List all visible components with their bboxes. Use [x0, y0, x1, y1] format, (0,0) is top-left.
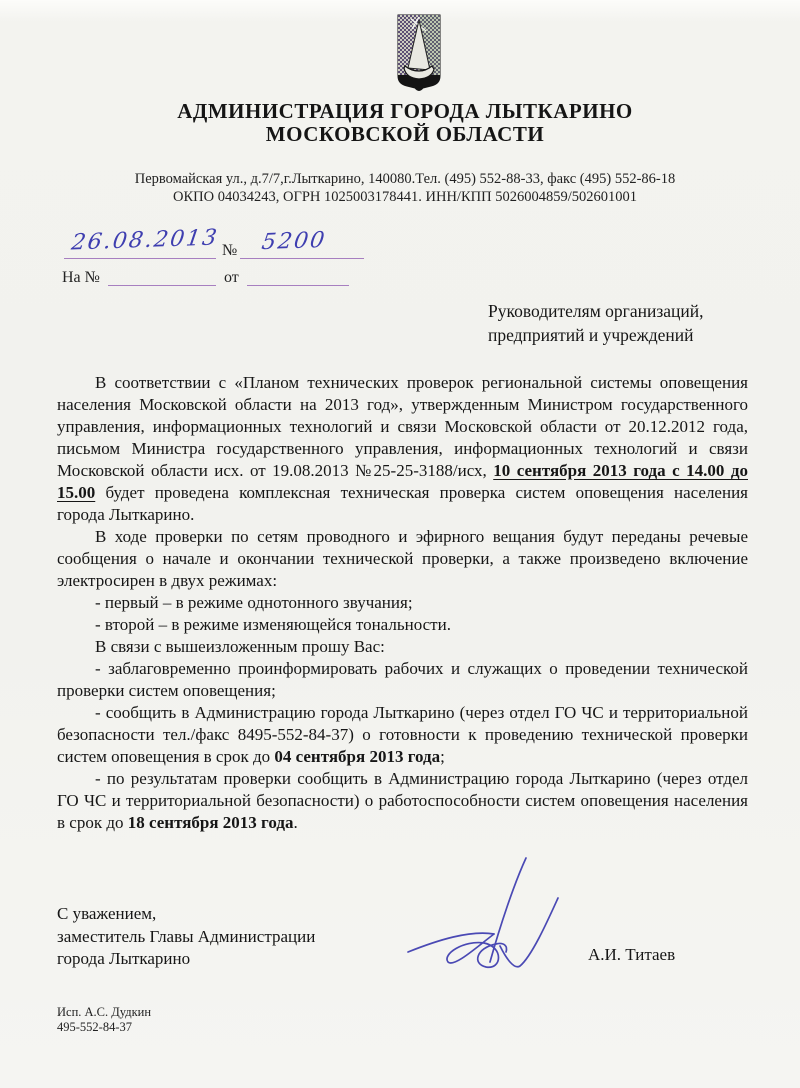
list-item-report-readiness: - сообщить в Администрацию города Лыткар…: [57, 702, 748, 768]
deadline-18-september: 18 сентября 2013 года: [128, 813, 294, 832]
reply-date-underline: [247, 285, 349, 286]
outgoing-number-handwritten: 5200: [260, 228, 328, 255]
org-title: АДМИНИСТРАЦИЯ ГОРОДА ЛЫТКАРИНО МОСКОВСКО…: [60, 100, 750, 146]
list-item-inform: - заблаговременно проинформировать рабоч…: [57, 658, 748, 702]
closing-regards: С уважением,: [57, 903, 387, 926]
executor-block: Исп. А.С. Дудкин 495-552-84-37: [57, 1005, 151, 1035]
number-underline: [240, 258, 364, 259]
addressee-block: Руководителям организаций, предприятий и…: [488, 299, 768, 347]
letter-body: В соответствии с «Планом технических про…: [57, 372, 748, 834]
report-readiness-tail: ;: [440, 747, 445, 766]
list-item-mode-2: - второй – в режиме изменяющейся тональн…: [57, 614, 748, 636]
list-item-report-results: - по результатам проверки сообщить в Адм…: [57, 768, 748, 834]
org-address-phone: Первомайская ул., д.7/7,г.Лыткарино, 140…: [40, 170, 770, 188]
org-contacts: Первомайская ул., д.7/7,г.Лыткарино, 140…: [40, 170, 770, 206]
deadline-04-september: 04 сентября 2013 года: [274, 747, 440, 766]
closing-position-line1: заместитель Главы Администрации: [57, 926, 387, 949]
list-item-mode-1: - первый – в режиме однотонного звучания…: [57, 592, 748, 614]
org-title-line2: МОСКОВСКОЙ ОБЛАСТИ: [60, 123, 750, 146]
report-results-tail: .: [293, 813, 297, 832]
closing-position-line2: города Лыткарино: [57, 948, 387, 971]
executor-name: Исп. А.С. Дудкин: [57, 1005, 151, 1020]
reply-to-number-label: На №: [62, 269, 100, 287]
paragraph-request-intro: В связи с вышеизложенным прошу Вас:: [57, 636, 748, 658]
outgoing-date-handwritten: 26.08.2013: [70, 225, 220, 255]
handwritten-signature-icon: [402, 850, 590, 992]
addressee-line2: предприятий и учреждений: [488, 323, 768, 347]
reply-from-label: от: [224, 269, 239, 287]
org-registration-codes: ОКПО 04034243, ОГРН 1025003178441. ИНН/К…: [40, 188, 770, 206]
paragraph-broadcast: В ходе проверки по сетям проводного и эф…: [57, 526, 748, 592]
paragraph-plan: В соответствии с «Планом технических про…: [57, 372, 748, 526]
date-underline: [64, 258, 216, 259]
coat-of-arms-lytkarino-icon: [396, 13, 442, 93]
org-title-line1: АДМИНИСТРАЦИЯ ГОРОДА ЛЫТКАРИНО: [60, 100, 750, 123]
paragraph-plan-tail: будет проведена комплексная техническая …: [57, 483, 748, 524]
scanned-letter-page: АДМИНИСТРАЦИЯ ГОРОДА ЛЫТКАРИНО МОСКОВСКО…: [0, 0, 800, 1088]
number-sign-label: №: [222, 242, 237, 260]
addressee-line1: Руководителям организаций,: [488, 299, 768, 323]
closing-block: С уважением, заместитель Главы Администр…: [57, 903, 387, 971]
executor-phone: 495-552-84-37: [57, 1020, 151, 1035]
reply-number-underline: [108, 285, 216, 286]
signer-name: А.И. Титаев: [588, 945, 675, 965]
